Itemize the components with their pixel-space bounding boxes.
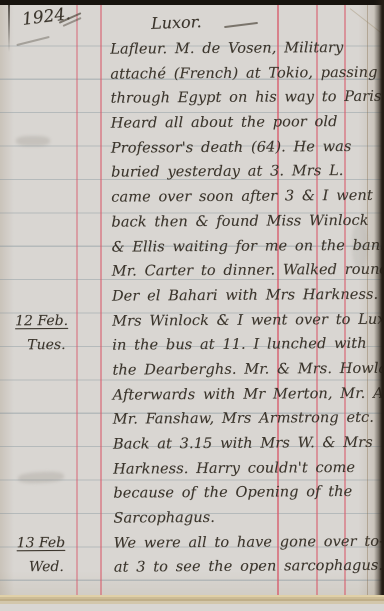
entry-text: buried yesterday at 3. Mrs L. — [111, 163, 344, 181]
entry-text: We were all to have gone over to-day — [114, 533, 384, 551]
diary-row: Harkness. Harry couldn't come — [15, 454, 383, 481]
entry-text: Mr. Carter to dinner. Walked round — [112, 262, 384, 280]
diary-row: Mr. Fanshaw, Mrs Armstrong etc. — [15, 405, 383, 432]
diary-row: came over soon after 3 & I went — [13, 183, 381, 210]
entry-text: Sarcophagus. — [113, 510, 215, 527]
entry-text: Afterwards with Mr Merton, Mr. Allan. — [113, 385, 384, 403]
diary-row: back then & found Miss Winlock — [13, 208, 381, 235]
diary-row: Lafleur. M. de Vosen, Military — [12, 35, 380, 62]
diary-row: through Egypt on his way to Paris. — [12, 84, 380, 111]
entry-text: back then & found Miss Winlock — [111, 213, 368, 231]
page-edge-left-line — [8, 0, 10, 52]
entry-text: in the bus at 11. I lunched with — [112, 336, 366, 354]
notebook-page-scan: 1924. Luxor. Lafleur. M. de Vosen, Milit… — [0, 0, 384, 611]
diary-row: Afterwards with Mr Merton, Mr. Allan. — [15, 380, 383, 407]
diary-row: 13 Feb We were all to have gone over to-… — [16, 528, 384, 555]
scan-background-bottom — [0, 604, 384, 611]
diary-row: Professor's death (64). He was — [13, 133, 381, 160]
entry-text: the Dearberghs. Mr. & Mrs. Howland. — [112, 360, 384, 378]
diary-row: buried yesterday at 3. Mrs L. — [13, 158, 381, 185]
diary-row: Back at 3.15 with Mrs W. & Mrs — [15, 430, 383, 457]
entry-text: attaché (French) at Tokio, passing — [110, 64, 377, 82]
diary-row: because of the Opening of the — [15, 479, 383, 506]
entry-date: Wed. — [29, 555, 64, 580]
diary-row: Mr. Carter to dinner. Walked round — [14, 257, 382, 284]
entry-text: & Ellis waiting for me on the bank. — [112, 237, 384, 255]
entry-text: Harkness. Harry couldn't come — [113, 460, 355, 478]
page-edges-bottom — [0, 595, 384, 604]
entry-date: 13 Feb — [17, 531, 66, 556]
scan-edge-top — [0, 0, 384, 5]
entry-text: Back at 3.15 with Mrs W. & Mrs — [113, 435, 373, 453]
entry-text: at 3 to see the open sarcophagus. — [114, 558, 383, 576]
entry-text: came over soon after 3 & I went — [111, 188, 373, 206]
diary-row: Der el Bahari with Mrs Harkness. — [14, 282, 382, 309]
entry-text: Mrs Winlock & I went over to Luxor — [112, 311, 384, 329]
diary-row: & Ellis waiting for me on the bank. — [13, 232, 381, 259]
diary-row: Sarcophagus. — [15, 504, 383, 531]
ink-showthrough-smudge — [16, 136, 50, 146]
paper: 1924. Luxor. Lafleur. M. de Vosen, Milit… — [0, 0, 384, 601]
entry-text: Mr. Fanshaw, Mrs Armstrong etc. — [113, 410, 374, 428]
entry-text: Lafleur. M. de Vosen, Military — [110, 40, 343, 58]
entry-date: 12 Feb. — [15, 308, 68, 333]
diary-row: 12 Feb. Mrs Winlock & I went over to Lux… — [14, 306, 382, 333]
entry-date: Tues. — [27, 333, 65, 358]
diary-row: Tues. in the bus at 11. I lunched with — [14, 331, 382, 358]
diary-row: the Dearberghs. Mr. & Mrs. Howland. — [14, 356, 382, 383]
ink-showthrough-smudge — [352, 222, 368, 268]
entry-text: Heard all about the poor old — [111, 114, 338, 132]
entry-text: Professor's death (64). He was — [111, 139, 352, 157]
page-title: Luxor. — [151, 12, 202, 33]
scan-edge-right — [374, 0, 384, 611]
diary-rows: Lafleur. M. de Vosen, Military attaché (… — [12, 35, 384, 581]
entry-text: because of the Opening of the — [113, 484, 352, 502]
diary-row: attaché (French) at Tokio, passing — [12, 59, 380, 86]
entry-text: through Egypt on his way to Paris. — [110, 89, 384, 107]
entry-text: Der el Bahari with Mrs Harkness. — [112, 287, 378, 305]
diary-row: Heard all about the poor old — [13, 109, 381, 136]
diary-row: Wed. at 3 to see the open sarcophagus. — [16, 553, 384, 580]
page-crease-right — [367, 5, 368, 601]
